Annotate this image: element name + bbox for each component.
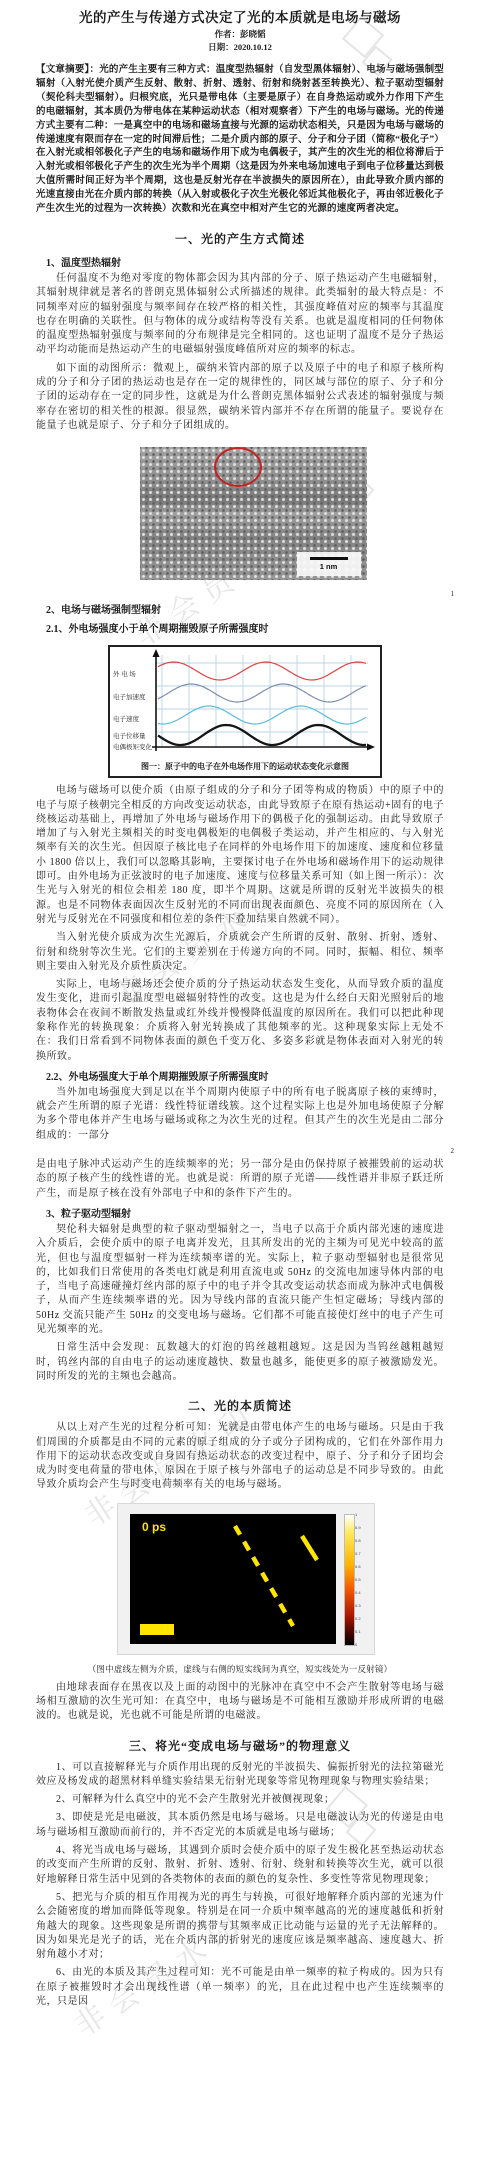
document-page: 光的产生与传递方式决定了光的本质就是电场与磁场 作者：彭晓韬 日期：2020.1…: [0, 0, 480, 2171]
chart-series-label: 电子加速度: [113, 692, 146, 701]
colorbar-tick-label: 0.8: [355, 1539, 361, 1543]
paragraph: 日常生活中会发现：瓦数越大的灯泡的钨丝越粗越短。这是因为当钨丝越粗越短时，钨丝内…: [36, 1341, 444, 1384]
light-pulse-bar: [140, 1624, 174, 1635]
sub-heading-thermal: 1、温度型热辐射: [36, 254, 444, 269]
meaning-item: 1、可以直接解释光与介质作用出现的反射光的半波损失、偏振折射光的法拉第磁光效应及…: [36, 1761, 444, 1790]
page-number-1: 1: [46, 590, 454, 599]
document-content: 光的产生与传递方式决定了光的本质就是电场与磁场 作者：彭晓韬 日期：2020.1…: [0, 6, 480, 2009]
figure2-caption: （图中虚线左侧为介质，虚线与右侧的短实线间为真空，短实线处为一反射镜）: [36, 1663, 444, 1675]
paragraph: 电场与磁场可以使介质（由原子组成的分子和分子团等构成的物质）中的原子中的电子与原…: [36, 784, 444, 927]
chart-series-label: 电偶极矩变化: [113, 742, 152, 751]
paragraph: 从以上对产生光的过程分析可知：光就是由带电体产生的电场与磁场。只是由于我们周围的…: [36, 1421, 444, 1492]
tem-microscopy-image: 1 nm: [140, 447, 367, 580]
paragraph: 是由电子脉冲式运动产生的连续频率的光；另一部分是由仍保持原子被摧毁前的运动状态的…: [36, 1158, 444, 1201]
paragraph: 契伦科夫辐射是典型的粒子驱动型辐射之一，当电子以高于介质内部光速的速度进入介质后…: [36, 1223, 444, 1337]
highlight-ellipse: [214, 447, 262, 487]
paragraph: 如下面的动图所示：微观上，碳纳米管内部的原子以及原子中的电子和原子核所构成的分子…: [36, 362, 444, 433]
colorbar-tick-label: 0.6: [355, 1565, 361, 1569]
colorbar-tick-label: 0.3: [355, 1604, 361, 1608]
colorbar-gradient: [344, 1514, 355, 1646]
meaning-item: 5、把光与介质的相互作用视为光的再生与转换，可很好地解释介质内部的光速为什么会随…: [36, 1891, 444, 1962]
light-pulse-figure: 0 ps 10.90.80.70.60.50.40.30.20.10: [117, 1503, 375, 1655]
colorbar-tick-label: 0.9: [355, 1526, 361, 1530]
pulse-image: 0 ps: [130, 1514, 336, 1644]
sub-heading-2-2: 2.2、外电场强度大于单个周期摧毁原子所需强度时: [36, 1068, 444, 1083]
colorbar-tick-label: 0.2: [355, 1617, 361, 1621]
page-title: 光的产生与传递方式决定了光的本质就是电场与磁场: [36, 6, 444, 26]
chart-plot-area: 外 电 场电子加速度电子速度电子位移量电偶极矩变化: [110, 647, 376, 759]
paragraph: 任何温度不为绝对零度的物体都会因为其内部的分子、原子热运动产生电磁辐射，其辐射规…: [36, 272, 444, 358]
paragraph: 当入射光使介质成为次生光源后，介质就会产生所谓的反射、散射、折射、透射、衍射和绕…: [36, 931, 444, 974]
section2-heading: 二、光的本质简述: [36, 1397, 444, 1414]
section3-heading: 三、将光“变成电场与磁场”的物理意义: [36, 1737, 444, 1754]
chart-series-label: 电子速度: [113, 714, 139, 723]
abstract-paragraph: 【文章摘要】：光的产生主要有三种方式：温度型热辐射（自发型黑体辐射）、电场与磁场…: [36, 64, 444, 217]
colorbar-tick-label: 0.4: [355, 1591, 361, 1595]
date-line: 日期：2020.10.12: [36, 41, 444, 54]
chart-series-label: 外 电 场: [113, 669, 136, 678]
sub-heading-field-radiation: 2、电场与磁场强制型辐射: [36, 601, 444, 616]
section1-heading: 一、光的产生方式简述: [36, 230, 444, 247]
meaning-item: 2、可解释为什么真空中的光不会产生散射光并被侧视现象；: [36, 1793, 444, 1807]
colorbar-tick-label: 0: [355, 1643, 357, 1647]
chart-series-label: 电子位移量: [113, 731, 146, 740]
time-label: 0 ps: [142, 1520, 166, 1534]
figure1-caption: 图一：原子中的电子在外电场作用下的运动状态变化示意图: [110, 759, 380, 776]
mirror-solid-line: [302, 1536, 317, 1560]
colorbar-tick-label: 0.1: [355, 1630, 361, 1634]
meaning-item: 6、由光的本质及其产生过程可知：光不可能是由单一频率的粒子构成的。因为只有在原子…: [36, 1966, 444, 2009]
scale-bar: 1 nm: [297, 552, 361, 576]
meaning-item: 3、即使是光是电磁波，其本质仍然是电场与磁场。只是电磁波认为光的传递是由电场与磁…: [36, 1811, 444, 1840]
paragraph: 由地球表面存在黑夜以及上面的动图中的光脉冲在真空中不会产生散射等电场与磁场相互激…: [36, 1681, 444, 1724]
author-line: 作者：彭晓韬: [36, 28, 444, 41]
paragraph: 实际上，电场与磁场还会使介质的分子热运动状态发生变化，从而导致介质的温度发生变化…: [36, 978, 444, 1064]
figure1-chart: 外 电 场电子加速度电子速度电子位移量电偶极矩变化 图一：原子中的电子在外电场作…: [108, 645, 382, 778]
sub-heading-2-1: 2.1、外电场强度小于单个周期摧毁原子所需强度时: [36, 620, 444, 635]
sub-heading-particle: 3、粒子驱动型辐射: [36, 1205, 444, 1220]
meaning-item: 4、将光当成电场与磁场，其遇到介质时会使介质中的原子发生极化甚至热运动状态的改变…: [36, 1844, 444, 1887]
colorbar-tick-label: 0.7: [355, 1552, 361, 1556]
scale-bar-line: [310, 557, 348, 560]
medium-boundary-dashed-line: [235, 1526, 293, 1626]
paragraph: 当外加电场强度大到足以在半个周期内使原子中的所有电子脱离原子核的束缚时，就会产生…: [36, 1086, 444, 1143]
colorbar-tick-label: 1: [355, 1513, 357, 1517]
scale-bar-label: 1 nm: [320, 562, 338, 571]
colorbar-tick-label: 0.5: [355, 1578, 361, 1582]
colorbar: 10.90.80.70.60.50.40.30.20.10: [344, 1514, 366, 1644]
meaning-list: 1、可以直接解释光与介质作用出现的反射光的半波损失、偏振折射光的法拉第磁光效应及…: [36, 1761, 444, 2010]
page-number-2: 2: [46, 1147, 454, 1156]
